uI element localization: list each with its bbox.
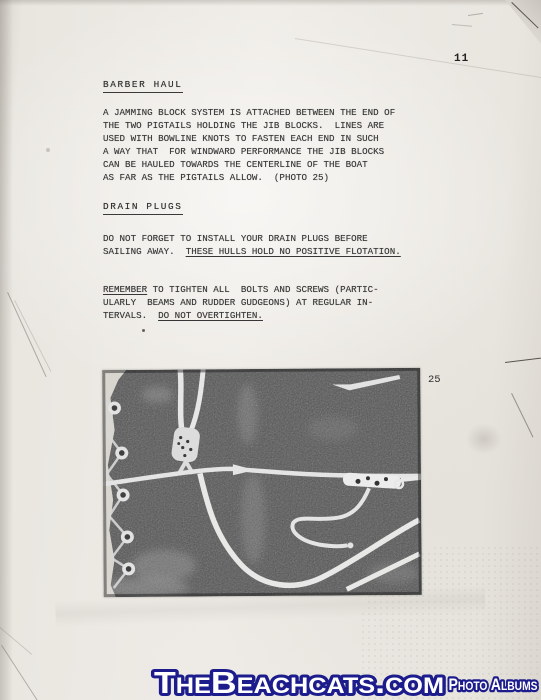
folded-corner (502, 0, 541, 44)
crease-line (511, 393, 533, 437)
body-text: SAILING AWAY. (103, 246, 186, 257)
page-number: 11 (454, 53, 469, 65)
watermark: TheBeachcats.com Photo Albums (0, 653, 541, 700)
body-text: TERVALS. (103, 310, 158, 321)
body-line: AS FAR AS THE PIGTAILS ALLOW. (PHOTO 25) (103, 171, 395, 184)
underlined-text: REMEMBER (103, 284, 147, 295)
rope-end-knot (347, 542, 353, 548)
body-line: USED WITH BOWLINE KNOTS TO FASTEN EACH E… (103, 132, 395, 145)
watermark-albums-text: Photo Albums (449, 676, 538, 694)
body-line: REMEMBER TO TIGHTEN ALL BOLTS AND SCREWS… (103, 283, 379, 296)
trampoline-rigging-photo (102, 368, 422, 597)
body-line: A WAY THAT FOR WINDWARD PERFORMANCE THE … (103, 145, 395, 158)
scanned-page: 11 BARBER HAUL A JAMMING BLOCK SYSTEM IS… (0, 0, 541, 700)
section-drain-plugs-paragraph: DO NOT FORGET TO INSTALL YOUR DRAIN PLUG… (103, 232, 401, 258)
crease-line (505, 358, 541, 363)
underlined-text: THESE HULLS HOLD NO POSITIVE FLOTATION. (186, 246, 401, 257)
watermark-site-text: TheBeachcats.com (154, 665, 444, 700)
underlined-text: DO NOT OVERTIGHTEN. (158, 310, 263, 321)
body-line: CAN BE HAULED TOWARDS THE CENTERLINE OF … (103, 158, 395, 171)
vertical-rope (180, 370, 182, 436)
section-heading-drain-plugs: DRAIN PLUGS (103, 201, 183, 215)
body-line: ULARLY BEAMS AND RUDDER GUDGEONS) AT REG… (103, 296, 379, 309)
section-reminder-paragraph: REMEMBER TO TIGHTEN ALL BOLTS AND SCREWS… (103, 283, 379, 322)
body-line: DO NOT FORGET TO INSTALL YOUR DRAIN PLUG… (103, 232, 401, 245)
ink-dot (142, 329, 145, 332)
section-barber-haul-paragraph: A JAMMING BLOCK SYSTEM IS ATTACHED BETWE… (103, 106, 395, 185)
crease-line (0, 627, 32, 655)
section-heading-barber-haul: BARBER HAUL (103, 79, 183, 93)
body-line: SAILING AWAY. THESE HULLS HOLD NO POSITI… (103, 245, 401, 258)
body-line: THE TWO PIGTAILS HOLDING THE JIB BLOCKS.… (103, 119, 395, 132)
body-line: A JAMMING BLOCK SYSTEM IS ATTACHED BETWE… (103, 106, 395, 119)
body-line: TERVALS. DO NOT OVERTIGHTEN. (103, 309, 379, 322)
left-edge-shadow (0, 0, 13, 700)
top-edge-shadow (0, 0, 541, 6)
crease-line (14, 300, 51, 372)
crease-line (295, 38, 541, 80)
pencil-scribble (452, 24, 472, 27)
pencil-scribble (468, 13, 483, 16)
body-text: TO TIGHTEN ALL BOLTS AND SCREWS (PARTIC- (147, 284, 379, 295)
fold-crease-line (511, 2, 538, 28)
crease-line (7, 292, 46, 377)
paper-smudge (460, 418, 508, 460)
photo-number: 25 (428, 374, 441, 386)
pencil-mark (46, 148, 50, 152)
